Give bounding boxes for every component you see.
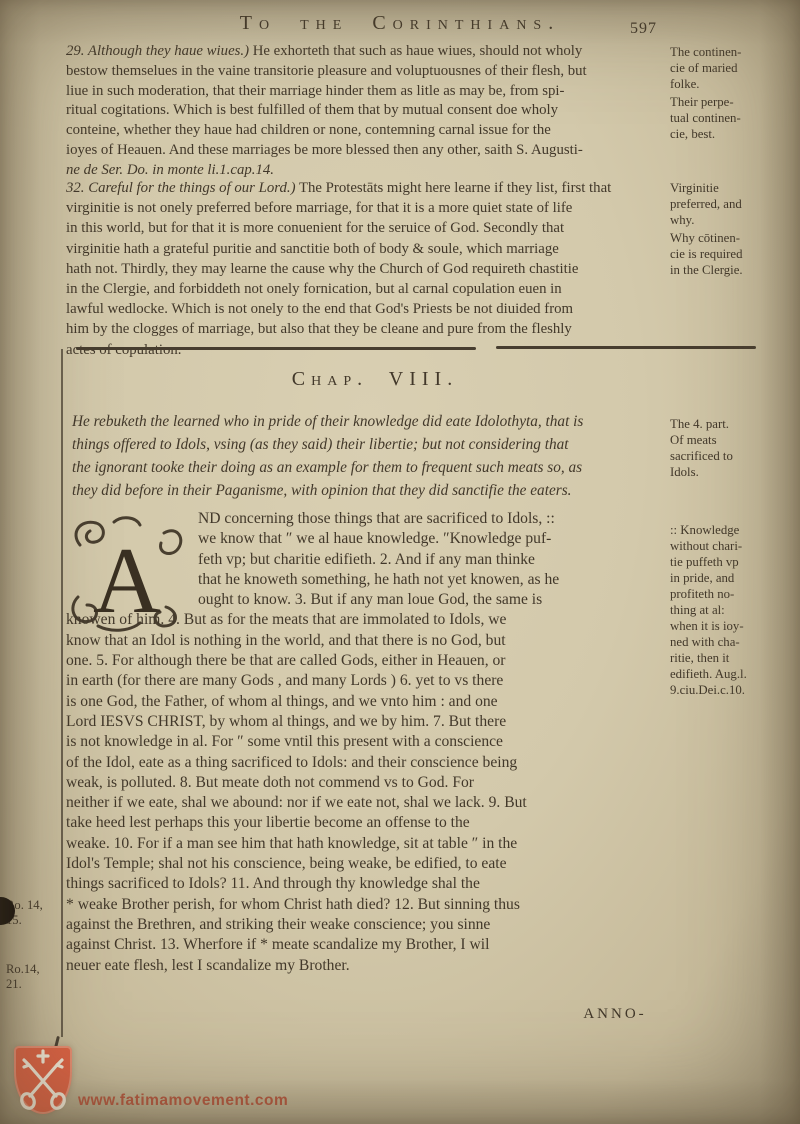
text-line: Ro.14, (6, 962, 62, 977)
margin-note: The continen-cie of mariedfolke. (670, 44, 796, 92)
text-line: ought to know. 3. But if any man loue Go… (66, 590, 668, 610)
annotation-verse-32: 32. Careful for the things of our Lord.)… (66, 178, 668, 360)
text-line: things sacrificed to Idols? 11. And thro… (66, 874, 668, 894)
text-line: virginitie hath a grateful puritie and s… (66, 239, 668, 259)
text-line: of the Idol, eate as a thing sacrificed … (66, 753, 668, 773)
text-line: ritie, then it (670, 650, 796, 666)
text-line: in pride, and (670, 570, 796, 586)
text-line: neither if we eate, shal we abound: nor … (66, 793, 668, 813)
catchword: ANNO- (540, 1006, 690, 1023)
text-line: we know that ″ we al haue knowledge. ″Kn… (66, 529, 668, 549)
margin-note: Virginitiepreferred, andwhy. (670, 180, 796, 228)
annotation-text: The Protestāts might here learne if they… (299, 180, 611, 196)
text-line: is not knowledge in al. For ″ some vntil… (66, 732, 668, 752)
watermark-url: www.fatimamovement.com (78, 1092, 288, 1110)
annotation-verse-29: 29. Although they haue wiues.) He exhort… (66, 42, 668, 181)
text-line: Idols. (670, 464, 796, 480)
text-line: in the Clergie, and forbiddeth not onely… (66, 279, 668, 299)
text-line: they did before in their Paganisme, with… (72, 479, 664, 502)
scripture-ref-rom-14-21: Ro.14,21. (6, 962, 62, 992)
text-line: things offered to Idols, vsing (as they … (72, 433, 664, 456)
annotation-first-line: 32. Careful for the things of our Lord.)… (66, 178, 668, 198)
annotation-lines: virginitie is not onely preferred before… (66, 198, 668, 360)
margin-note-knowledge: :: Knowledgewithout chari-tie puffeth vp… (670, 522, 796, 698)
text-line: :: Knowledge (670, 522, 796, 538)
text-line: know that an Idol is nothing in the worl… (66, 631, 668, 651)
margin-notes-verse-32: Virginitiepreferred, andwhy. Why cōtinen… (670, 180, 796, 278)
text-line: him by the clogges of marriage, but also… (66, 319, 668, 339)
text-line: Of meats (670, 432, 796, 448)
text-line: 21. (6, 977, 62, 992)
text-line: Lord IESVS CHRIST, by whom al things, an… (66, 712, 668, 732)
divider-rule-right (496, 346, 756, 349)
text-line: cie is required (670, 246, 796, 262)
text-line: virginitie is not onely preferred before… (66, 198, 668, 218)
text-line: preferred, and (670, 196, 796, 212)
text-line: * weake Brother perish, for whom Christ … (66, 895, 668, 915)
text-line: The 4. part. (670, 416, 796, 432)
text-line: The continen- (670, 44, 796, 60)
text-line: lawful wedlocke. Which is not onely to t… (66, 299, 668, 319)
text-line: 9.ciu.Dei.c.10. (670, 682, 796, 698)
text-line: cie, best. (670, 126, 796, 142)
text-line: 15. (6, 913, 62, 928)
text-line: in earth (for there are many Gods , and … (66, 671, 668, 691)
text-line: weake. 10. For if a man see him that hat… (66, 834, 668, 854)
text-line: feth vp; but charitie edifieth. 2. And i… (66, 550, 668, 570)
margin-note-argument: The 4. part.Of meatssacrificed toIdols. (670, 416, 796, 480)
shield-icon (14, 1046, 72, 1114)
text-line: weak, is polluted. 8. But meate doth not… (66, 773, 668, 793)
text-line: Virginitie (670, 180, 796, 196)
body-lines-around-initial: ND concerning those things that are sacr… (66, 509, 668, 610)
text-line: take heed lest perhaps this your liberti… (66, 813, 668, 833)
text-line: is one God, the Father, of whom al thing… (66, 692, 668, 712)
text-line: ND concerning those things that are sacr… (66, 509, 668, 529)
text-line: bestow themselues in the vaine transitor… (66, 62, 668, 82)
text-line: against the Brethren, and striking their… (66, 915, 668, 935)
chapter-heading: Chap. VIII. (0, 368, 750, 391)
text-line: one. 5. For although there be that are c… (66, 651, 668, 671)
verse-lemma: 32. Careful for the things of our Lord.) (66, 180, 296, 196)
text-line: knowen of him. 4. But as for the meats t… (66, 610, 668, 630)
book-page: To the Corinthians. 597 29. Although the… (0, 0, 800, 1124)
crossed-keys-shield-logo (14, 1046, 72, 1114)
text-line: conteine, whether they haue had children… (66, 121, 668, 141)
verse-lemma: 29. Although they haue wiues.) (66, 43, 249, 59)
text-line: when it is ioy- (670, 618, 796, 634)
text-line: thing at al: (670, 602, 796, 618)
text-line: He rebuketh the learned who in pride of … (72, 410, 664, 433)
text-line: edifieth. Aug.l. (670, 666, 796, 682)
text-line: ned with cha- (670, 634, 796, 650)
text-line: folke. (670, 76, 796, 92)
text-line: why. (670, 212, 796, 228)
chapter-body: ND concerning those things that are sacr… (66, 509, 668, 976)
margin-note: Their perpe-tual continen-cie, best. (670, 94, 796, 142)
annotation-text: He exhorteth that such as haue wiues, sh… (253, 43, 583, 59)
margin-notes-verse-29: The continen-cie of mariedfolke. Their p… (670, 44, 796, 142)
column-rule (61, 349, 63, 1037)
body-lines: knowen of him. 4. But as for the meats t… (66, 610, 668, 975)
text-line: tual continen- (670, 110, 796, 126)
text-line: neuer eate flesh, lest I scandalize my B… (66, 956, 668, 976)
text-line: cie of maried (670, 60, 796, 76)
text-line: against Christ. 13. Wherfore if * meate … (66, 935, 668, 955)
divider-rule-left (76, 347, 476, 350)
text-line: ritual cogitations. Which is best fulfil… (66, 101, 668, 121)
annotation-first-line: 29. Although they haue wiues.) He exhort… (66, 42, 668, 62)
text-line: sacrificed to (670, 448, 796, 464)
text-line: ioyes of Heauen. And these marriages be … (66, 141, 668, 161)
text-line: liue in such moderation, that their marr… (66, 82, 668, 102)
text-line: tie puffeth vp (670, 554, 796, 570)
text-line: in the Clergie. (670, 262, 796, 278)
page-number: 597 (630, 20, 657, 38)
text-line: profiteth no- (670, 586, 796, 602)
text-line: hath not. Thirdly, they may learne the c… (66, 259, 668, 279)
text-line: without chari- (670, 538, 796, 554)
running-head: To the Corinthians. (30, 12, 770, 35)
text-line: in this world, but for that it is more c… (66, 218, 668, 238)
text-line: Why cōtinen- (670, 230, 796, 246)
text-line: that he knoweth something, he hath not y… (66, 570, 668, 590)
text-line: Idol's Temple; shal not his conscience, … (66, 854, 668, 874)
annotation-lines: bestow themselues in the vaine transitor… (66, 62, 668, 161)
text-line: the ignorant tooke their doing as an exa… (72, 456, 664, 479)
chapter-argument: He rebuketh the learned who in pride of … (72, 410, 664, 502)
margin-note: Why cōtinen-cie is requiredin the Clergi… (670, 230, 796, 278)
text-line: Their perpe- (670, 94, 796, 110)
